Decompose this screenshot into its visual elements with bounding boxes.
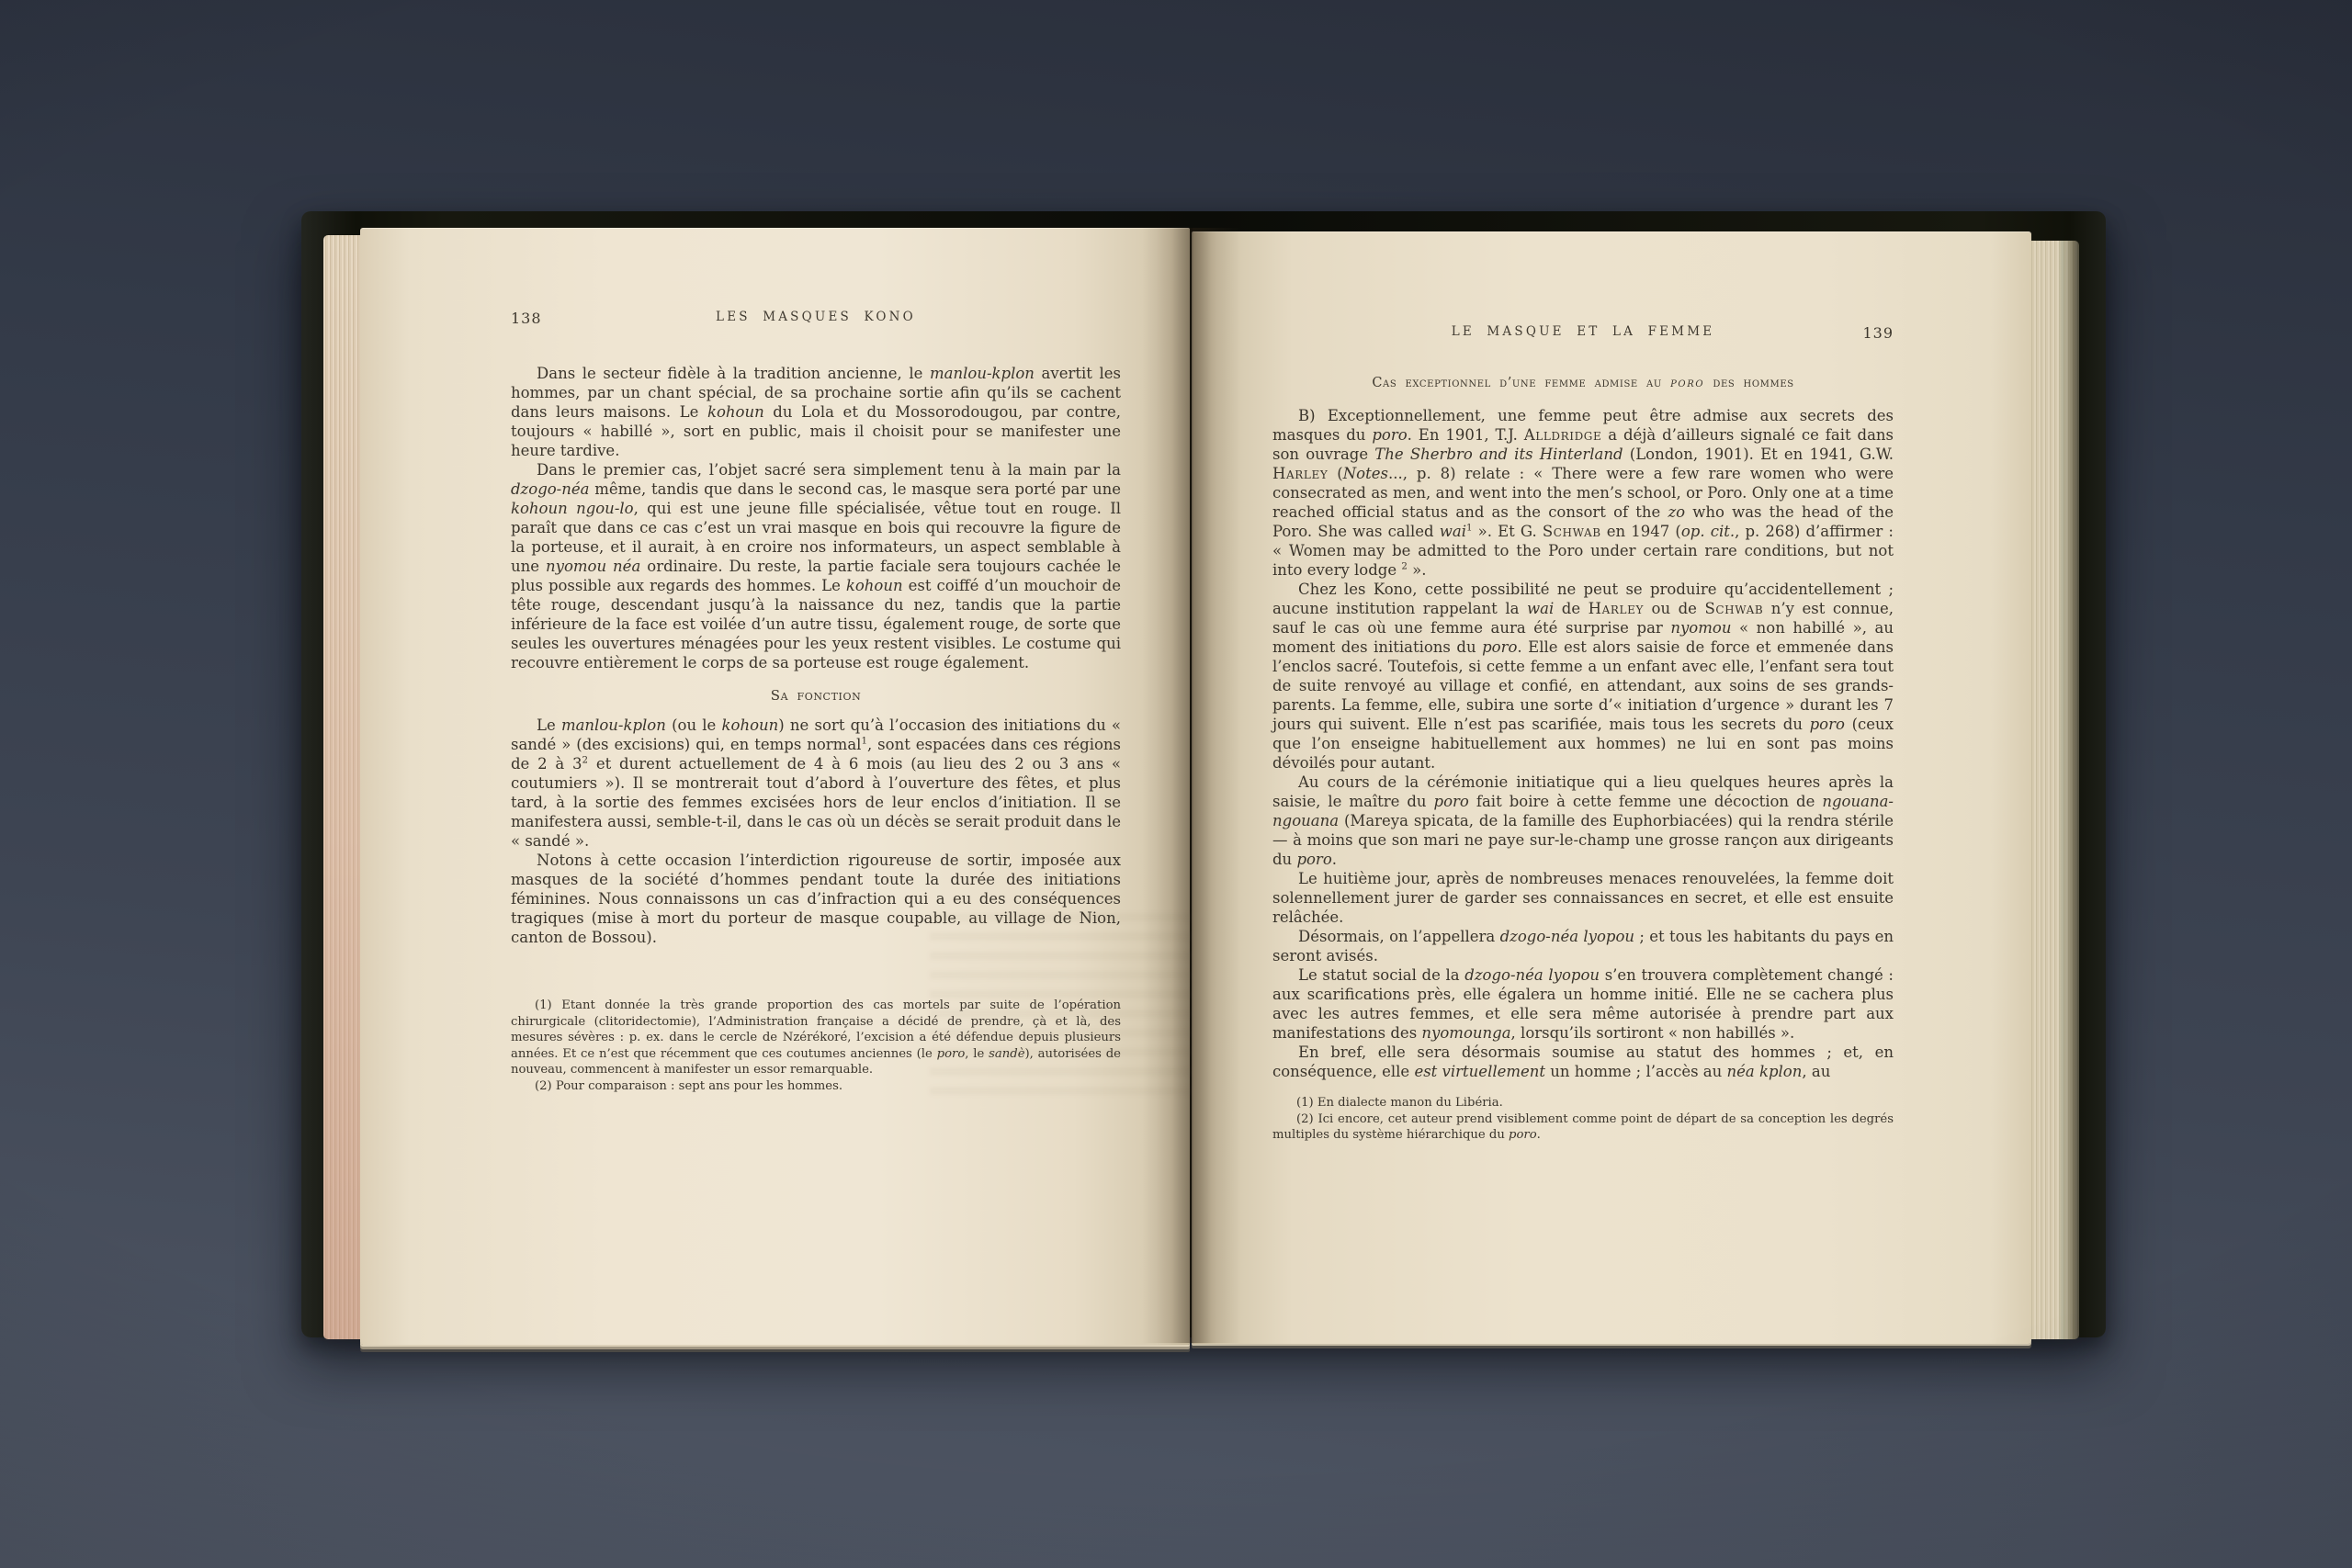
page-left: 138 LES MASQUES KONO Dans le secteur fid…	[360, 228, 1190, 1345]
paragraph: Notons à cette occasion l’interdiction r…	[511, 851, 1121, 947]
footnote: (1) Etant donnée la très grande proporti…	[511, 998, 1121, 1078]
page-left-body: Dans le secteur fidèle à la tradition an…	[511, 364, 1121, 1095]
paragraph: Dans le secteur fidèle à la tradition an…	[511, 364, 1121, 460]
section-heading-cas-exceptionnel: Cas exceptionnel d’une femme admise au p…	[1272, 376, 1894, 390]
paragraph: Chez les Kono, cette possibilité ne peut…	[1272, 580, 1894, 773]
paragraph: Dans le premier cas, l’objet sacré sera …	[511, 460, 1121, 672]
paragraph: Le statut social de la dzogo-néa lyopou …	[1272, 965, 1894, 1043]
page-right-body: B) Exceptionnellement, une femme peut êt…	[1272, 406, 1894, 1144]
paragraph: Le huitième jour, après de nombreuses me…	[1272, 869, 1894, 927]
page-stack-edge-left	[323, 235, 362, 1339]
running-title-right: LE MASQUE ET LA FEMME	[1272, 324, 1894, 339]
paragraph: B) Exceptionnellement, une femme peut êt…	[1272, 406, 1894, 580]
folio-number-right: 139	[1862, 324, 1894, 342]
page-stack-edge-right	[2030, 241, 2079, 1339]
paragraph: Désormais, on l’appellera dzogo-néa lyop…	[1272, 927, 1894, 965]
footnotes-right: (1) En dialecte manon du Libéria. (2) Ic…	[1272, 1095, 1894, 1144]
footnote: (2) Pour comparaison : sept ans pour les…	[511, 1078, 1121, 1095]
footnotes-left: (1) Etant donnée la très grande proporti…	[511, 998, 1121, 1095]
paragraph: Le manlou-kplon (ou le kohoun) ne sort q…	[511, 716, 1121, 851]
running-title-left: LES MASQUES KONO	[511, 310, 1121, 324]
page-right-content: LE MASQUE ET LA FEMME 139 Cas exceptionn…	[1272, 324, 1894, 1144]
paragraph: En bref, elle sera désormais soumise au …	[1272, 1043, 1894, 1081]
footnote: (1) En dialecte manon du Libéria.	[1272, 1095, 1894, 1111]
footnote: (2) Ici encore, cet auteur prend visible…	[1272, 1111, 1894, 1144]
section-heading-sa-fonction: Sa fonction	[511, 687, 1121, 704]
page-left-content: 138 LES MASQUES KONO Dans le secteur fid…	[511, 310, 1121, 1095]
page-left-header: 138 LES MASQUES KONO	[511, 310, 1121, 330]
page-right: LE MASQUE ET LA FEMME 139 Cas exceptionn…	[1192, 231, 2031, 1344]
book-photo-scene: 138 LES MASQUES KONO Dans le secteur fid…	[0, 0, 2352, 1568]
paragraph: Au cours de la cérémonie initiatique qui…	[1272, 773, 1894, 869]
page-right-header: LE MASQUE ET LA FEMME 139	[1272, 324, 1894, 344]
